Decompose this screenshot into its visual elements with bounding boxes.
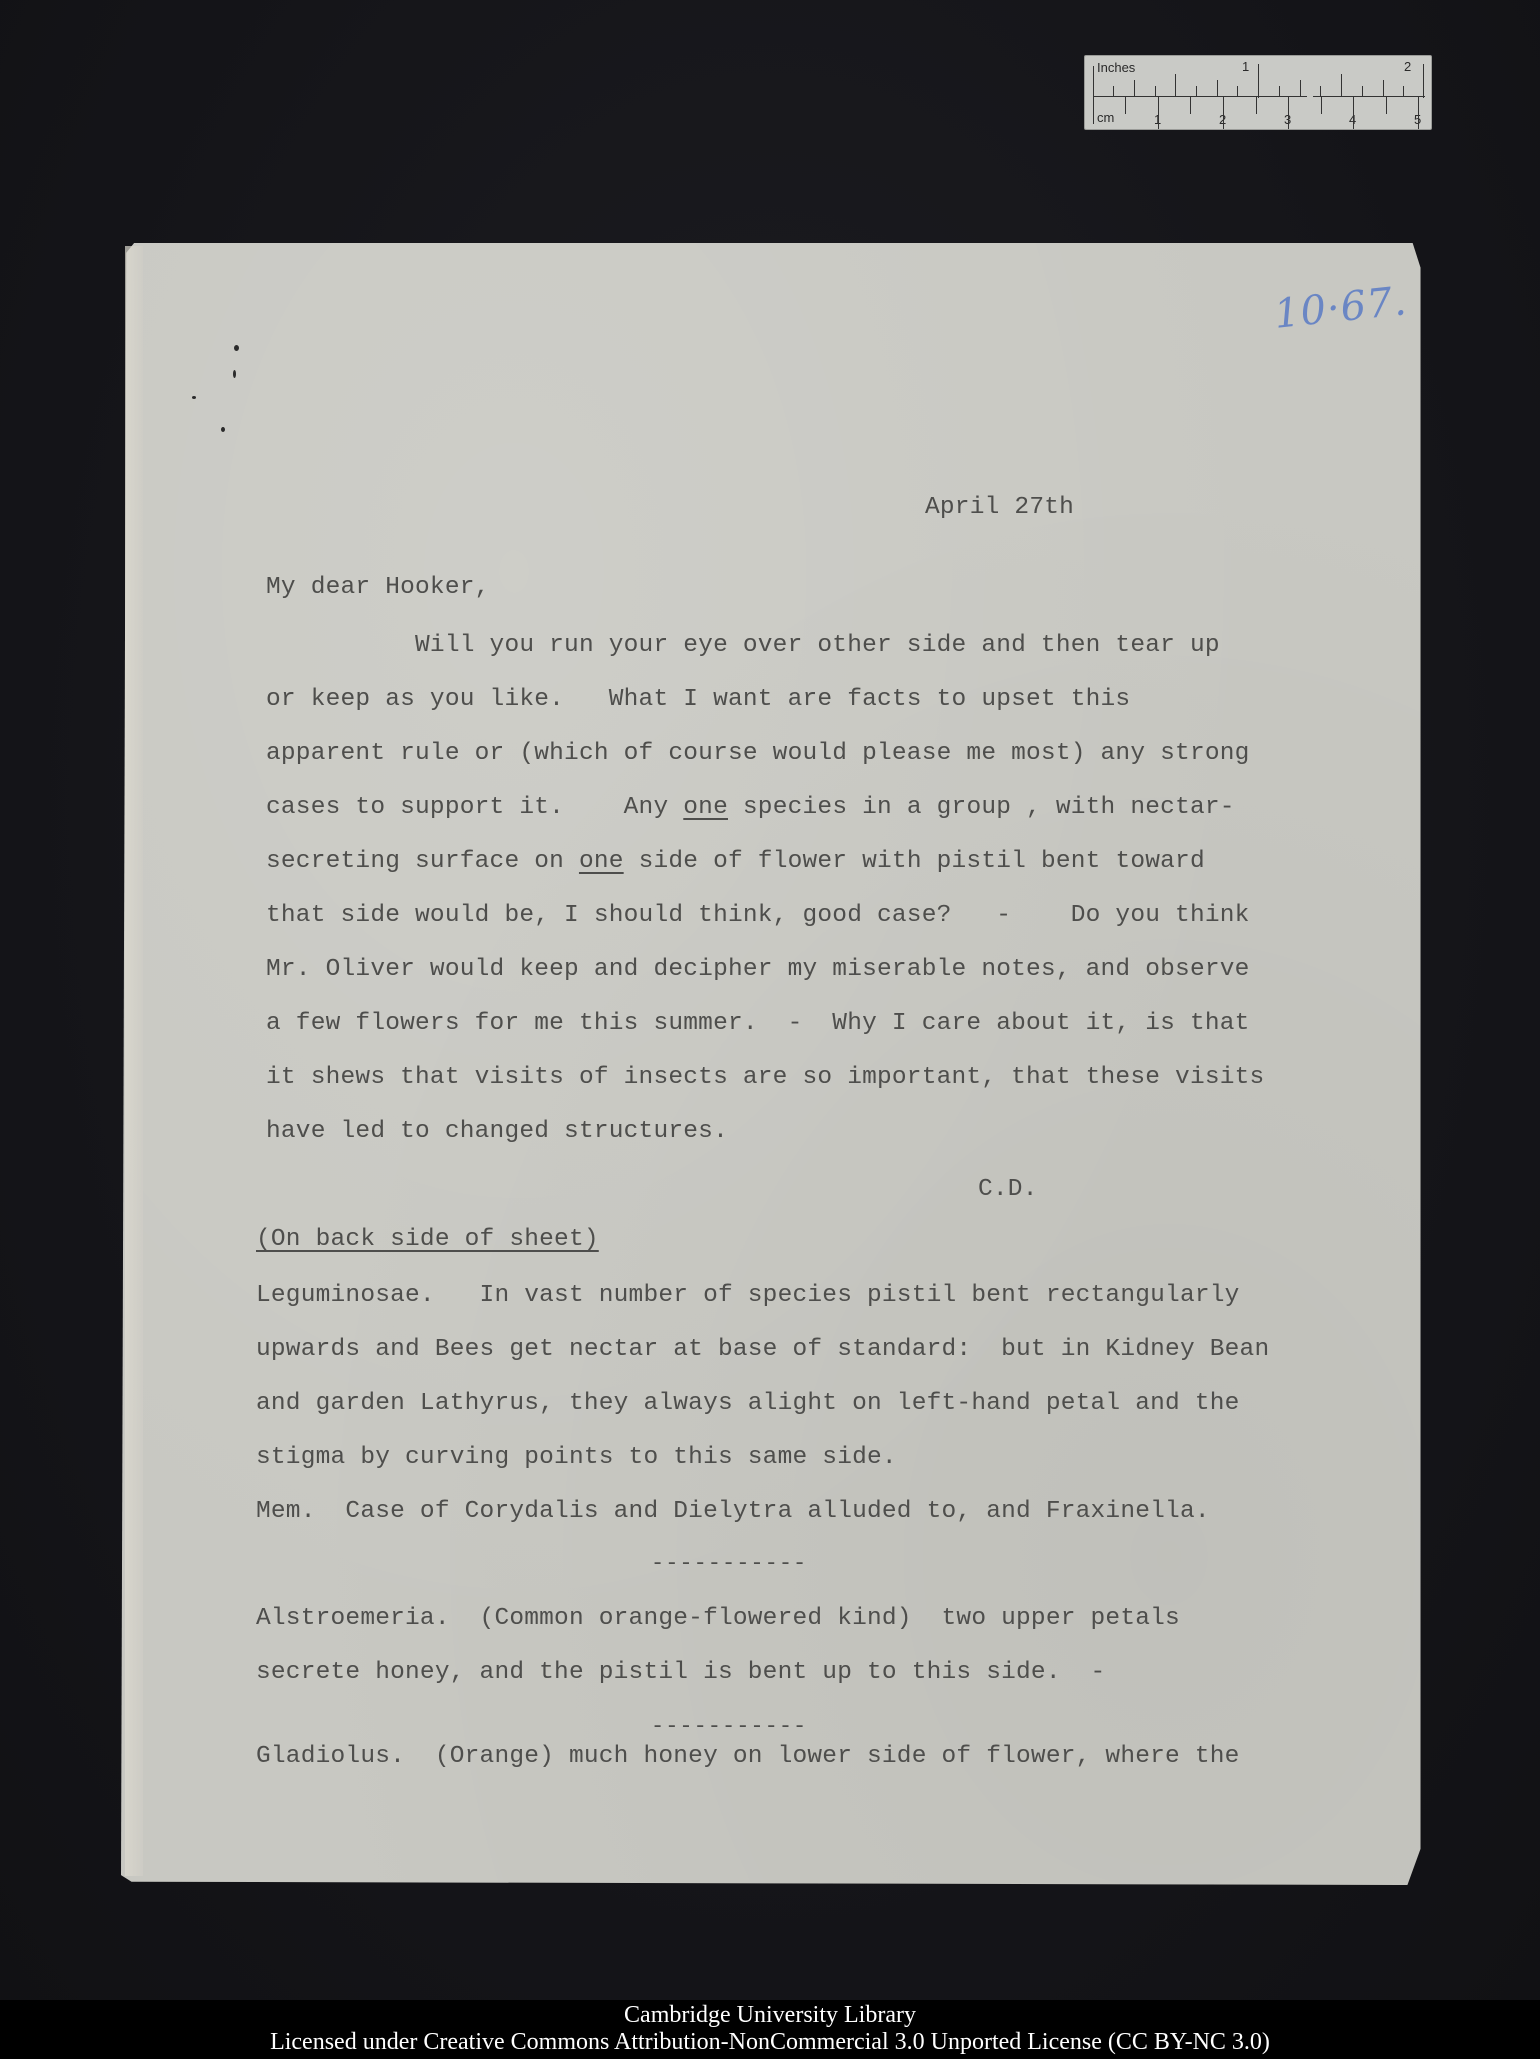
section-divider: ----------- <box>651 1553 807 1575</box>
letter-line: it shews that visits of insects are so i… <box>266 1066 1264 1091</box>
letter-text: side of flower with pistil bent toward <box>624 848 1205 875</box>
notes-line: and garden Lathyrus, they always alight … <box>256 1392 1240 1417</box>
footer-license: Licensed under Creative Commons Attribut… <box>0 2029 1540 2056</box>
letter-text: species in a group , with nectar- <box>728 794 1235 821</box>
letter-text: secreting surface on <box>266 848 579 875</box>
letter-line: apparent rule or (which of course would … <box>266 742 1250 767</box>
notes-line: secrete honey, and the pistil is bent up… <box>256 1661 1105 1686</box>
notes-line: upwards and Bees get nectar at base of s… <box>256 1338 1269 1363</box>
scale-ruler: Inches cm 1 2 1 2 3 4 5 <box>1084 55 1432 130</box>
notes-line: Gladiolus. (Orange) much honey on lower … <box>256 1745 1240 1770</box>
ruler-inch-mark: 1 <box>1242 60 1249 73</box>
letter-line: cases to support it. Any one species in … <box>266 796 1235 821</box>
letter-line: a few flowers for me this summer. - Why … <box>266 1012 1250 1037</box>
ruler-inch-mark: 2 <box>1404 60 1411 73</box>
letter-line: or keep as you like. What I want are fac… <box>266 688 1130 713</box>
letter-line: that side would be, I should think, good… <box>266 904 1250 929</box>
letter-line: Mr. Oliver would keep and decipher my mi… <box>266 958 1250 983</box>
letter-salutation: My dear Hooker, <box>266 576 490 601</box>
ruler-inches-label: Inches <box>1097 61 1135 74</box>
paper-fold-edge <box>125 246 143 1876</box>
back-side-heading: (On back side of sheet) <box>256 1228 599 1253</box>
binding-hole-mark <box>233 370 236 378</box>
notes-line: Mem. Case of Corydalis and Dielytra allu… <box>256 1500 1210 1525</box>
binding-hole-mark <box>221 427 225 432</box>
notes-line: stigma by curving points to this same si… <box>256 1446 897 1471</box>
letter-line: secreting surface on one side of flower … <box>266 850 1205 875</box>
letter-line: have led to changed structures. <box>266 1120 728 1145</box>
notes-line: Leguminosae. In vast number of species p… <box>256 1284 1240 1309</box>
section-divider: ----------- <box>651 1716 807 1738</box>
binding-hole-mark <box>192 396 196 399</box>
underlined-word: one <box>579 848 624 875</box>
footer-institution: Cambridge University Library <box>0 2000 1540 2029</box>
binding-hole-mark <box>234 345 239 351</box>
notes-line: Alstroemeria. (Common orange-flowered ki… <box>256 1607 1180 1632</box>
letter-line: Will you run your eye over other side an… <box>266 634 1220 659</box>
letter-text: cases to support it. Any <box>266 794 683 821</box>
credit-footer: Cambridge University Library Licensed un… <box>0 2000 1540 2059</box>
letter-signature: C.D. <box>978 1178 1038 1203</box>
underlined-word: one <box>683 794 728 821</box>
letter-date: April 27th <box>925 496 1074 521</box>
ruler-cm-label: cm <box>1097 111 1114 124</box>
